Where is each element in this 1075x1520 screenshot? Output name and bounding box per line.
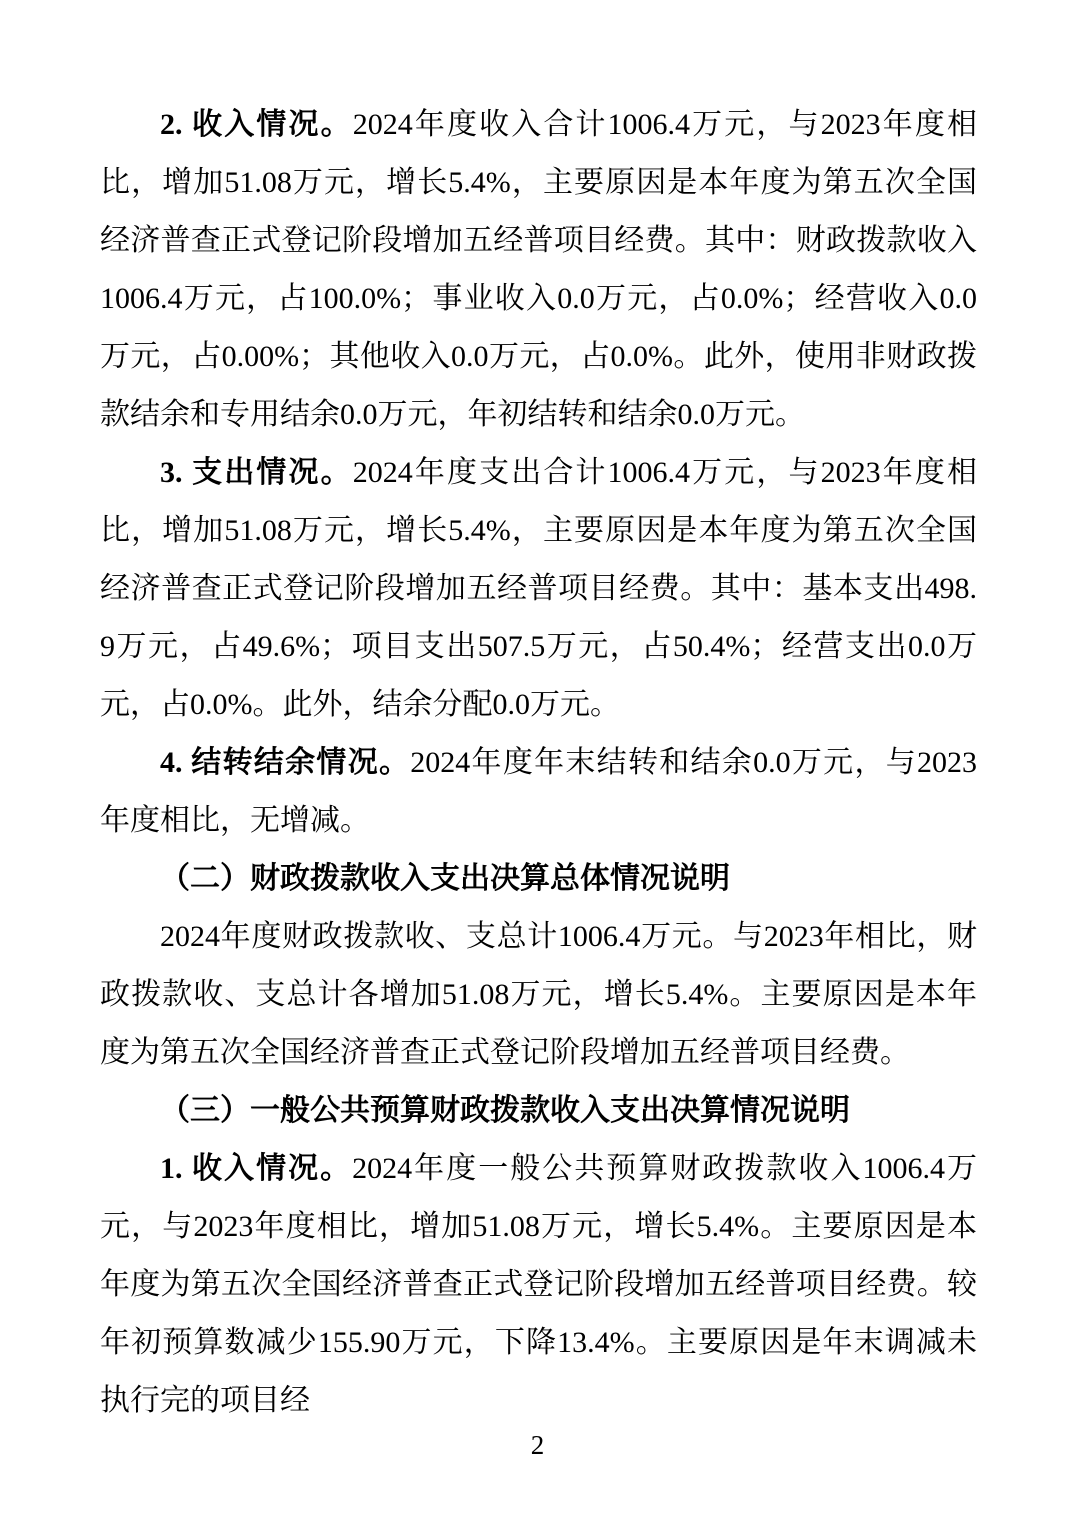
paragraph-expenditure-status: 3. 支出情况。2024年度支出合计1006.4万元，与2023年度相比，增加5… <box>100 444 977 734</box>
heading-text: （三）一般公共预算财政拨款收入支出决算情况说明 <box>160 1094 850 1127</box>
paragraph-general-budget-income: 1. 收入情况。2024年度一般公共预算财政拨款收入1006.4万元，与2023… <box>100 1140 977 1430</box>
document-body: 2. 收入情况。2024年度收入合计1006.4万元，与2023年度相比，增加5… <box>100 96 977 1430</box>
paragraph-lead: 3. 支出情况。 <box>160 456 353 489</box>
paragraph-income-status: 2. 收入情况。2024年度收入合计1006.4万元，与2023年度相比，增加5… <box>100 96 977 444</box>
document-page: 2. 收入情况。2024年度收入合计1006.4万元，与2023年度相比，增加5… <box>0 0 1075 1520</box>
paragraph-text: 2024年度一般公共预算财政拨款收入1006.4万元，与2023年度相比，增加5… <box>100 1152 977 1417</box>
paragraph-lead: 2. 收入情况。 <box>160 108 353 141</box>
paragraph-text: 2024年度财政拨款收、支总计1006.4万元。与2023年相比，财政拨款收、支… <box>100 920 977 1069</box>
paragraph-lead: 1. 收入情况。 <box>160 1152 352 1185</box>
paragraph-fiscal-appropriation-total: 2024年度财政拨款收、支总计1006.4万元。与2023年相比，财政拨款收、支… <box>100 908 977 1082</box>
section-heading-fiscal-appropriation: （二）财政拨款收入支出决算总体情况说明 <box>100 850 977 908</box>
heading-text: （二）财政拨款收入支出决算总体情况说明 <box>160 862 730 895</box>
page-number: 2 <box>0 1428 1075 1462</box>
paragraph-text: 2024年度支出合计1006.4万元，与2023年度相比，增加51.08万元，增… <box>100 456 977 721</box>
paragraph-lead: 4. 结转结余情况。 <box>160 746 410 779</box>
paragraph-text: 2024年度收入合计1006.4万元，与2023年度相比，增加51.08万元，增… <box>100 108 977 431</box>
paragraph-carryover-status: 4. 结转结余情况。2024年度年末结转和结余0.0万元，与2023年度相比，无… <box>100 734 977 850</box>
section-heading-general-public-budget: （三）一般公共预算财政拨款收入支出决算情况说明 <box>100 1082 977 1140</box>
